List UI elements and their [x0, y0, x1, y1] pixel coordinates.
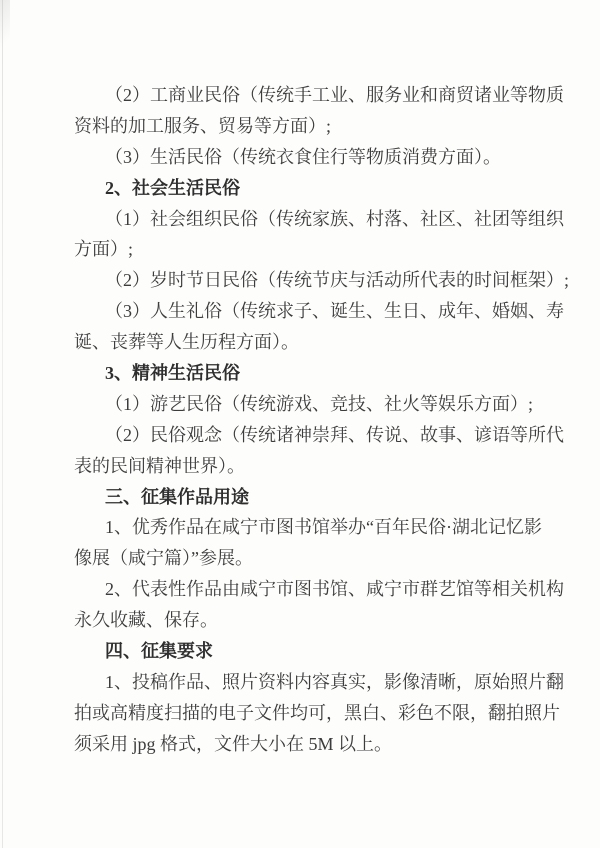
text-line: 方面）;: [74, 234, 540, 265]
text-line: （1）游艺民俗（传统游戏、竞技、社火等娱乐方面）;: [74, 389, 540, 420]
text-line: （2）岁时节日民俗（传统节庆与活动所代表的时间框架）;: [74, 265, 540, 296]
text-line: （2）工商业民俗（传统手工业、服务业和商贸诸业等物质: [74, 80, 540, 111]
text-line: 资料的加工服务、贸易等方面）;: [74, 111, 540, 142]
text-line: 表的民间精神世界）。: [74, 451, 540, 482]
text-line: 永久收藏、保存。: [74, 605, 540, 636]
text-line: 1、投稿作品、照片资料内容真实，影像清晰，原始照片翻: [74, 667, 540, 698]
text-line: 像展（咸宁篇）”参展。: [74, 543, 540, 574]
section-heading-line: 2、社会生活民俗: [74, 173, 540, 204]
text-line: 拍或高精度扫描的电子文件均可，黑白、彩色不限，翻拍照片: [74, 698, 540, 729]
text-line: 须采用 jpg 格式，文件大小在 5M 以上。: [74, 729, 540, 760]
text-line: （3）人生礼俗（传统求子、诞生、生日、成年、婚姻、寿: [74, 296, 540, 327]
text-line: 诞、丧葬等人生历程方面）。: [74, 327, 540, 358]
section-heading-line: 三、征集作品用途: [74, 482, 540, 513]
text-line: 1、优秀作品在咸宁市图书馆举办“百年民俗·湖北记忆影: [74, 512, 540, 543]
document-text: （2）工商业民俗（传统手工业、服务业和商贸诸业等物质资料的加工服务、贸易等方面）…: [74, 80, 540, 760]
scanned-document-page: （2）工商业民俗（传统手工业、服务业和商贸诸业等物质资料的加工服务、贸易等方面）…: [0, 0, 600, 848]
section-heading-line: 3、精神生活民俗: [74, 358, 540, 389]
scan-edge-artifact: [2, 0, 3, 848]
text-line: 2、代表性作品由咸宁市图书馆、咸宁市群艺馆等相关机构: [74, 574, 540, 605]
text-line: （3）生活民俗（传统衣食住行等物质消费方面）。: [74, 142, 540, 173]
text-line: （1）社会组织民俗（传统家族、村落、社区、社团等组织: [74, 204, 540, 235]
section-heading-line: 四、征集要求: [74, 636, 540, 667]
scan-corner-shade: [0, 0, 10, 60]
text-line: （2）民俗观念（传统诸神崇拜、传说、故事、谚语等所代: [74, 420, 540, 451]
